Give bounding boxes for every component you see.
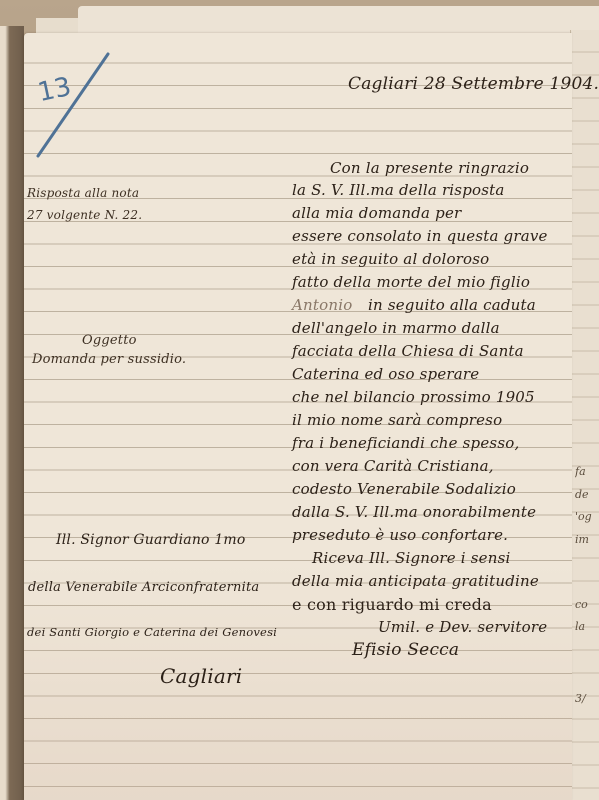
addressee-city: Cagliari — [160, 664, 242, 688]
adjacent-page-text: la — [575, 620, 599, 633]
adjacent-page-text: im — [575, 533, 599, 546]
place-date: Cagliari 28 Settembre 1904. — [348, 74, 599, 94]
adjacent-page-text: de — [575, 488, 599, 501]
body-line: dell'angelo in marmo dalla — [292, 319, 500, 337]
body-line: età in seguito al doloroso — [292, 250, 489, 268]
body-line: essere consolato in questa grave — [292, 227, 548, 245]
addressee-line-3: dei Santi Giorgio e Caterina dei Genoves… — [27, 625, 277, 639]
adjacent-page-text: co — [575, 598, 599, 611]
body-line: Caterina ed oso sperare — [292, 365, 479, 383]
signature: Efisio Secca — [352, 640, 459, 660]
body-line: che nel bilancio prossimo 1905 — [292, 388, 535, 406]
closing-formula: Umil. e Dev. servitore — [378, 618, 547, 636]
adjacent-page-text: 'og — [575, 510, 599, 523]
body-line: il mio nome sarà compreso — [292, 411, 502, 429]
body-line: dalla S. V. Ill.ma onorabilmente — [292, 503, 536, 521]
body-line: la S. V. Ill.ma della risposta — [292, 181, 505, 199]
body-line: in seguito alla caduta — [368, 296, 536, 314]
body-line-name: Antonio — [292, 296, 352, 314]
body-line: con vera Carità Cristiana, — [292, 457, 494, 475]
adjacent-page-text: fa — [575, 465, 599, 478]
addressee-line-2: della Venerabile Arciconfraternita — [28, 580, 259, 595]
body-line: Con la presente ringrazio — [330, 159, 529, 177]
body-line: fatto della morte del mio figlio — [292, 273, 530, 291]
body-line: e con riguardo mi creda — [292, 595, 492, 614]
body-line: preseduto è uso confortare. — [292, 526, 508, 544]
body-line: fra i beneficiandi che spesso, — [292, 434, 519, 452]
subject-label: Oggetto — [82, 333, 137, 348]
body-line: facciata della Chiesa di Santa — [292, 342, 524, 360]
body-line: della mia anticipata gratitudine — [292, 572, 539, 590]
adjacent-page: fa de 'og im co la 3/ — [570, 30, 599, 800]
body-line: alla mia domanda per — [292, 204, 461, 222]
addressee-line-1: Ill. Signor Guardiano 1mo — [56, 532, 246, 548]
reference-line-1: Risposta alla nota — [27, 186, 139, 200]
reference-line-2: 27 volgente N. 22. — [27, 208, 142, 222]
subject-text: Domanda per sussidio. — [32, 352, 186, 367]
binding-edge — [0, 26, 24, 800]
body-line: codesto Venerabile Sodalizio — [292, 480, 516, 498]
adjacent-page-text: 3/ — [575, 692, 599, 705]
body-line: Riceva Ill. Signore i sensi — [312, 549, 511, 567]
